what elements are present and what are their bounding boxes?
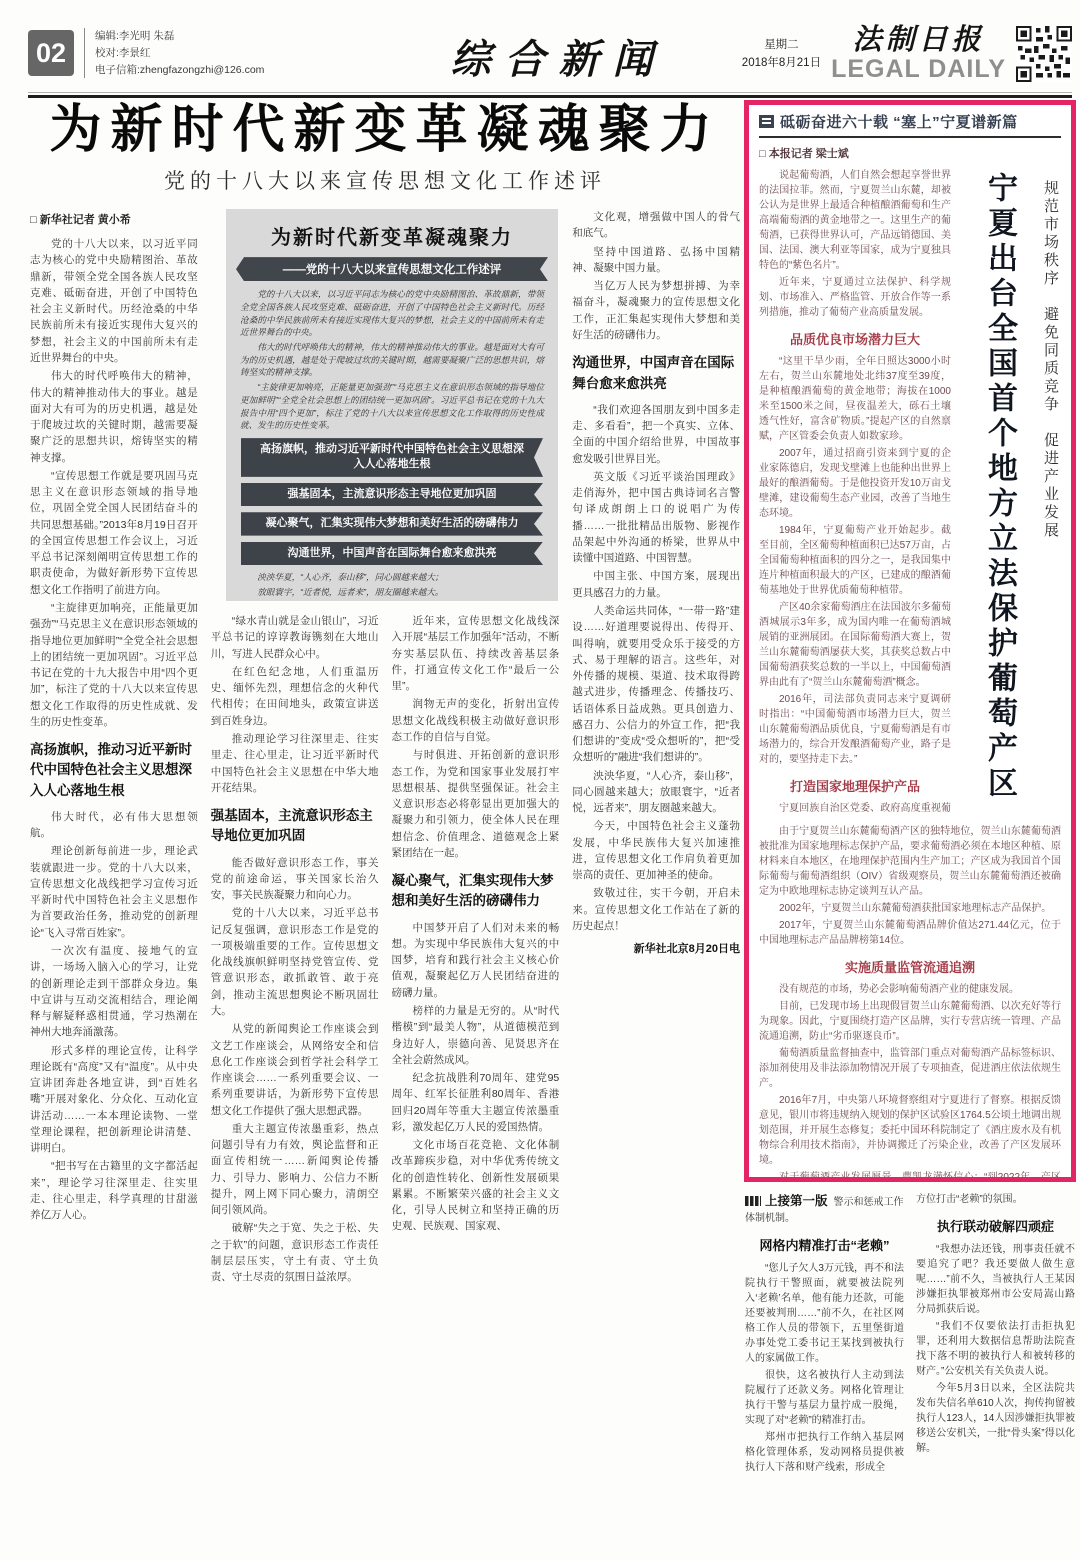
paragraph: 伟大的时代呼唤伟大的精神，伟大的精神推动伟大的事业。越是面对大有可为的历史机遇，…	[30, 368, 198, 466]
paragraph: 一次次有温度、接地气的宣讲，一场场入脑入心的学习，让党的创新理论走到干部群众身边…	[30, 943, 198, 1041]
paper-name-en: LEGAL DAILY	[831, 57, 1006, 82]
feature-article: 砥砺奋进六十载 “塞上”宁夏谱新篇 □ 本报记者 梁士斌 说起葡萄酒，人们自然会…	[744, 100, 1076, 1182]
feature-body: 说起葡萄酒，人们自然会想起享誉世界的法国拉菲。然而，宁夏贺兰山东麓，却被公认为是…	[759, 168, 1061, 816]
paragraph: 葡萄酒质量监督抽查中，监管部门重点对葡萄酒产品标签标识、添加剂使用及非法添加物情…	[759, 1046, 1061, 1091]
summary-closing-paragraphs: 泱泱华夏，“人心齐，泰山移”，同心圆越来越大；放眼寰宇，“近者悦，远者来”，朋友…	[240, 571, 544, 601]
paragraph: “主旋律更加响亮，正能量更加强劲”“马克思主义在意识形态领域的指导地位更加鲜明”…	[30, 600, 198, 730]
feature-wide-zone: 由于宁夏贺兰山东麓葡萄酒产区的独特地位，贺兰山东麓葡萄酒被批准为国家地理标志保护…	[759, 824, 1061, 1182]
column-paragraphs: “我们欢迎各国朋友到中国多走走、多看看”，把一个真实、立体、全面的中国介绍给世界…	[572, 402, 740, 935]
summary-banner-4: 沟通世界，中国声音在国际舞台愈来愈洪亮	[241, 542, 543, 565]
section-title: 综合新闻	[451, 28, 667, 85]
paragraph: 推动理论学习往深里走、往实里走、往心里走，让习近平新时代中国特色社会主义思想在中…	[211, 731, 379, 796]
paragraph: 今天，中国特色社会主义蓬勃发展，中华民族伟大复兴加速推进，宣传思想文化工作肩负着…	[572, 818, 740, 883]
paragraph: 2016年7月，中央第八环境督察组对宁夏进行了督察。根据反馈意见，银川市将违规纳…	[759, 1093, 1061, 1168]
masthead-rule-thin	[28, 92, 1072, 93]
paragraph: 润物无声的变化，折射出宣传思想文化战线积极主动做好意识形态工作的自信与自觉。	[392, 696, 560, 745]
continued-subhead-1: 网格内精准打击“老赖”	[745, 1235, 904, 1254]
paragraph: 由于宁夏贺兰山东麓葡萄酒产区的独特地位，贺兰山东麓葡萄酒被批准为国家地理标志保护…	[759, 824, 1061, 899]
paragraph: 理论创新每前进一步，理论武装就跟进一步。党的十八大以来，宣传思想文化战线把学习宣…	[30, 843, 198, 941]
paragraph: 今天，中国特色社会主义蓬勃发展，中华民族伟大复兴加速推进，宣传思想文化工作肩负着…	[240, 600, 544, 601]
paragraph: 宁夏回族自治区党委、政府高度重视葡萄产业发展，把贺兰山东麓葡萄产业作为战略性支柱…	[759, 801, 951, 816]
paragraph: 纪念抗战胜利70周年、建党95周年、红军长征胜利80周年、香港回归20周年等重大…	[392, 1070, 560, 1135]
paragraph: 目前，已发现市场上出现假冒贺兰山东麓葡萄酒、以次充好等行为现象。因此，宁夏围绕打…	[759, 999, 1061, 1044]
main-article: 为新时代新变革凝魂聚力 党的十八大以来宣传思想文化工作述评 □ 新华社记者 黄小…	[30, 102, 740, 1557]
masthead: 02 编辑:李光明 朱磊 校对:李景红 电子信箱:zhengfazongzhi@…	[28, 24, 1072, 88]
paragraph: “把书写在古籍里的文字都活起来”，理论学习往深里走、往实里走、往心里走，科学真理…	[30, 1158, 198, 1223]
qr-code-icon	[1016, 26, 1072, 82]
paragraph: “绿水青山就是金山银山”，习近平总书记的谆谆教诲镌刻在大地山川，写进人民群众心中…	[211, 613, 379, 662]
article-column-4: 文化观，增强做中国人的骨气和底气。坚持中国道路、弘扬中国精神、凝聚中国力量。当亿…	[572, 209, 740, 1557]
series-title: 砥砺奋进六十载 “塞上”宁夏谱新篇	[780, 111, 1018, 132]
series-banner: 砥砺奋进六十载 “塞上”宁夏谱新篇	[759, 111, 1061, 138]
feature-section-2-tail: 由于宁夏贺兰山东麓葡萄酒产区的独特地位，贺兰山东麓葡萄酒被批准为国家地理标志保护…	[759, 824, 1061, 948]
feature-intro: 说起葡萄酒，人们自然会想起享誉世界的法国拉菲。然而，宁夏贺兰山东麓，却被公认为是…	[759, 168, 951, 320]
paragraph: 1984年，宁夏葡萄产业开始起步。截至目前，全区葡萄种植面积已达57万亩，占全国…	[759, 523, 951, 598]
paragraph: 能否做好意识形态工作，事关党的前途命运，事关国家长治久安，事关民族凝聚力和向心力…	[211, 855, 379, 904]
paragraph: 伟大的时代呼唤伟大的精神，伟大的精神推动伟大的事业。越是面对大有可为的历史机遇，…	[240, 341, 544, 379]
masthead-left: 02 编辑:李光明 朱磊 校对:李景红 电子信箱:zhengfazongzhi@…	[28, 28, 264, 78]
paragraph: 文化观，增强做中国人的骨气和底气。	[572, 209, 740, 242]
paragraph: 近年来，宣传思想文化战线深入开展“基层工作加强年”活动，不断夯实基层队伍、持续改…	[392, 613, 560, 694]
paragraph: 泱泱华夏，“人心齐，泰山移”，同心圆越来越大；放眼寰宇，“近者悦，远者来”，朋友…	[572, 768, 740, 817]
continued-article: 上接第一版警示和惩戒工作体制机制。 网格内精准打击“老赖” “您儿子欠人3万元钱…	[745, 1192, 1075, 1554]
paragraph: “我想办法还钱，刑事责任就不要追究了吧？我还要做人做生意呢……”前不久，当被执行…	[916, 1242, 1075, 1317]
dateline: 新华社北京8月20日电	[572, 940, 740, 956]
paragraph: 放眼寰宇，“近者悦，远者来”，朋友圈越来越大。	[240, 586, 544, 599]
paragraph: 与时俱进、开拓创新的意识形态工作，为党和国家事业发展打牢思想根基、提供坚强保证。…	[392, 747, 560, 861]
paragraph: “我们不仅要依法打击拒执犯罪，还利用大数据信息帮助法院查找下落不明的被执行人和被…	[916, 1319, 1075, 1379]
column-paragraphs: 党的十八大以来，以习近平同志为核心的党中央励精图治、革故鼎新，带领全党全国各族人…	[30, 236, 198, 730]
feature-section-2: 宁夏回族自治区党委、政府高度重视葡萄产业发展，把贺兰山东麓葡萄产业作为战略性支柱…	[759, 801, 951, 816]
section-subhead: 强基固本，主流意识形态主导地位更加巩固	[211, 806, 379, 847]
paragraph: 郑州市把执行工作纳入基层网格化管理体系，发动网格员提供被执行人下落和财产线索，形…	[745, 1430, 904, 1475]
date: 2018年8月21日	[742, 54, 821, 72]
paragraph: 2002年，宁夏贺兰山东麓葡萄酒获批国家地理标志产品保护。	[759, 901, 1061, 916]
column-paragraphs: 中国梦开启了人们对未来的畅想。为实现中华民族伟大复兴的中国梦，培育和践行社会主义…	[392, 920, 560, 1235]
continued-marker-line: 上接第一版警示和惩戒工作体制机制。	[745, 1192, 904, 1226]
weekday: 星期二	[742, 36, 821, 54]
paragraph: 党的十八大以来，习近平总书记反复强调，意识形态工作是党的一项极端重要的工作。宣传…	[211, 905, 379, 1019]
column-paragraphs: 能否做好意识形态工作，事关党的前途命运，事关国家长治久安，事关民族凝聚力和向心力…	[211, 855, 379, 1286]
paragraph: 致敬过往，实干今朝，开启未来。宣传思想文化工作站在了新的历史起点！	[572, 885, 740, 934]
paragraph: “主旋律更加响亮，正能量更加强劲”“马克思主义在意识形态领域的指导地位更加鲜明”…	[240, 381, 544, 432]
summary-banner-3: 凝心聚气，汇集实现伟大梦想和美好生活的磅礴伟力	[241, 512, 543, 535]
summary-box-ribbon: ——党的十八大以来宣传思想文化工作述评	[236, 257, 548, 281]
paragraph: 榜样的力量是无穷的。从“时代楷模”到“最美人物”，从道德模范到身边好人，崇德向善…	[392, 1003, 560, 1068]
editor-line: 编辑:李光明 朱磊	[95, 28, 264, 45]
continued-paragraphs: “我想办法还钱，刑事责任就不要追究了吧？我还要做人做生意呢……”前不久，当被执行…	[916, 1242, 1075, 1456]
paragraph: “这里干旱少雨，全年日照达3000小时左右，贺兰山东麓地处北纬37度至39度，是…	[759, 354, 951, 444]
masthead-rule-thick	[28, 95, 1072, 98]
feature-subhead-1: 品质优良市场潜力巨大	[759, 329, 951, 348]
continued-icon	[745, 1196, 761, 1206]
paragraph: 在红色纪念地，人们重温历史、缅怀先烈，理想信念的火种代代相传；在田间地头，政策宣…	[211, 664, 379, 729]
paragraph: 党的十八大以来，以习近平同志为核心的党中央励精图治、革故鼎新，带领全党全国各族人…	[30, 236, 198, 366]
paragraph: 党的十八大以来，以习近平同志为核心的党中央励精图治、革故鼎新，带领全党全国各族人…	[240, 288, 544, 339]
paragraph: 人类命运共同体，“一带一路”建设……好道理要说得出、传得开、叫得响，就要用受众乐…	[572, 603, 740, 766]
page-number: 02	[28, 30, 74, 76]
paragraph: 中国主张、中国方案，展现出更具感召力的力量。	[572, 568, 740, 601]
series-icon	[759, 115, 774, 128]
newspaper-page: 02 编辑:李光明 朱磊 校对:李景红 电子信箱:zhengfazongzhi@…	[0, 0, 1080, 1560]
column-paragraphs: 文化观，增强做中国人的骨气和底气。坚持中国道路、弘扬中国精神、凝聚中国力量。当亿…	[572, 209, 740, 343]
column-paragraphs: “绿水青山就是金山银山”，习近平总书记的谆谆教诲镌刻在大地山川，写进人民群众心中…	[211, 613, 379, 796]
summary-banner-2: 强基固本，主流意识形态主导地位更加巩固	[241, 483, 543, 506]
paragraph: 破解“失之于宽、失之于松、失之于软”的问题，意识形态工作责任制层层压实，守土有责…	[211, 1220, 379, 1285]
paper-name-cn: 法制日报	[831, 26, 1006, 55]
masthead-divider	[84, 28, 85, 78]
main-subtitle: 党的十八大以来宣传思想文化工作述评	[30, 165, 740, 195]
summary-box: 为新时代新变革凝魂聚力 ——党的十八大以来宣传思想文化工作述评 党的十八大以来，…	[226, 209, 558, 601]
continued-marker: 上接第一版	[765, 1194, 828, 1208]
paragraph: 重大主题宣传浓墨重彩，热点问题引导有力有效，舆论监督和正面宣传相统一……新闻舆论…	[211, 1121, 379, 1219]
paragraph: 伟大时代，必有伟大思想领航。	[30, 809, 198, 842]
paragraph: 很快，这名被执行人主动到法院履行了还款义务。网格化管理让执行干警与基层力量拧成一…	[745, 1368, 904, 1428]
paragraph: 没有规范的市场，势必会影响葡萄酒产业的健康发展。	[759, 982, 1061, 997]
feature-subhead-2: 打造国家地理保护产品	[759, 776, 951, 795]
proofread-line: 校对:李景红	[95, 45, 264, 62]
feature-subhead-3: 实施质量监管流通追溯	[759, 957, 1061, 976]
paragraph: 近年来，宁夏通过立法保护、科学规划、市场准入、严格监管、开放合作等一系列措施，推…	[759, 275, 951, 320]
paragraph: 今年5月3日以来，全区法院共发布失信名单610人次，拘传拘留被执行人123人，1…	[916, 1381, 1075, 1456]
paragraph: “我们欢迎各国朋友到中国多走走、多看看”，把一个真实、立体、全面的中国介绍给世界…	[572, 402, 740, 467]
byline: □ 新华社记者 黄小希	[30, 211, 198, 227]
paragraph: 中国梦开启了人们对未来的畅想。为实现中华民族伟大复兴的中国梦，培育和践行社会主义…	[392, 920, 560, 1001]
paragraph: 当亿万人民为梦想拼搏、为幸福奋斗，凝魂聚力的宣传思想文化工作，正汇集起实现伟大梦…	[572, 278, 740, 343]
email-line: 电子信箱:zhengfazongzhi@126.com	[95, 62, 264, 79]
masthead-right: 星期二 2018年8月21日 法制日报 LEGAL DAILY	[742, 26, 1072, 82]
continued-subhead-2: 执行联动破解四顽症	[916, 1216, 1075, 1235]
section-subhead: 高扬旗帜，推动习近平新时代中国特色社会主义思想深入人心落地生根	[30, 740, 198, 801]
feature-byline: □ 本报记者 梁士斌	[759, 145, 1061, 161]
continued-column-1: 上接第一版警示和惩戒工作体制机制。 网格内精准打击“老赖” “您儿子欠人3万元钱…	[745, 1192, 904, 1554]
paragraph: 从党的新闻舆论工作座谈会到文艺工作座谈会，从网络安全和信息化工作座谈会到哲学社会…	[211, 1021, 379, 1119]
feature-vertical-headline: 宁夏出台全国首个地方立法保护葡萄产区	[981, 172, 1017, 816]
paragraph: 2017年，宁夏贺兰山东麓葡萄酒品牌价值达271.44亿元，位于中国地理标志产品…	[759, 918, 1061, 948]
summary-box-paragraphs: 党的十八大以来，以习近平同志为核心的党中央励精图治、革故鼎新，带领全党全国各族人…	[240, 288, 544, 432]
paragraph: 产区40余家葡萄酒庄在法国波尔多葡萄酒城展示3年多，成为国内唯一在葡萄酒城展销的…	[759, 600, 951, 690]
continued-column-2: 方位打击“老赖”的氛围。 执行联动破解四顽症 “我想办法还钱，刑事责任就不要追究…	[916, 1192, 1075, 1554]
paragraph: 说起葡萄酒，人们自然会想起享誉世界的法国拉菲。然而，宁夏贺兰山东麓，却被公认为是…	[759, 168, 951, 273]
summary-box-title: 为新时代新变革凝魂聚力	[240, 221, 544, 250]
column-paragraphs: 伟大时代，必有伟大思想领航。理论创新每前进一步，理论武装就跟进一步。党的十八大以…	[30, 809, 198, 1224]
section-subhead: 凝心聚气，汇集实现伟大梦想和美好生活的磅礴伟力	[392, 871, 560, 912]
continued-paragraphs: “您儿子欠人3万元钱，再不和法院执行干警照面，就要被法院列入‘老赖’名单，他有能…	[745, 1261, 904, 1475]
column-paragraphs: 近年来，宣传思想文化战线深入开展“基层工作加强年”活动，不断夯实基层队伍、持续改…	[392, 613, 560, 861]
main-headline: 为新时代新变革凝魂聚力	[30, 102, 740, 158]
paragraph: “宣传思想工作就是要巩固马克思主义在意识形态领域的指导地位，巩固全党全国人民团结…	[30, 468, 198, 598]
feature-vertical-standfirst: 规范市场秩序 避免同质竞争 促进产业发展	[1040, 180, 1059, 800]
continued-lead-fragment: 方位打击“老赖”的氛围。	[916, 1192, 1075, 1207]
feature-section-3: 没有规范的市场，势必会影响葡萄酒产业的健康发展。目前，已发现市场上出现假冒贺兰山…	[759, 982, 1061, 1182]
paragraph: 文化市场百花竞艳、文化体制改革蹄疾步稳，对中华优秀传统文化的创造性转化、创新性发…	[392, 1137, 560, 1235]
date-block: 星期二 2018年8月21日	[742, 36, 821, 73]
paper-logo: 法制日报 LEGAL DAILY	[831, 26, 1006, 82]
paragraph: 泱泱华夏，“人心齐，泰山移”，同心圆越来越大；	[240, 571, 544, 584]
article-column-1: □ 新华社记者 黄小希 党的十八大以来，以习近平同志为核心的党中央励精图治、革故…	[30, 209, 198, 1557]
summary-banner-1: 高扬旗帜，推动习近平新时代中国特色社会主义思想深入人心落地生根	[241, 438, 543, 477]
editorial-info: 编辑:李光明 朱磊 校对:李景红 电子信箱:zhengfazongzhi@126…	[95, 28, 264, 78]
feature-text-column: 说起葡萄酒，人们自然会想起享誉世界的法国拉菲。然而，宁夏贺兰山东麓，却被公认为是…	[759, 168, 951, 816]
paragraph: 对于葡萄酒产业发展愿景，曹凯龙满怀信心：“到2022年，产区年产葡萄酒5亿瓶以上…	[759, 1170, 1061, 1182]
feature-section-1: “这里干旱少雨，全年日照达3000小时左右，贺兰山东麓地处北纬37度至39度，是…	[759, 354, 951, 767]
section-subhead: 沟通世界，中国声音在国际舞台愈来愈洪亮	[572, 353, 740, 394]
paragraph: 2007年，通过招商引资来到宁夏的企业家陈德启，发现戈壁滩上也能种出世界上最好的…	[759, 446, 951, 521]
article-columns: □ 新华社记者 黄小希 党的十八大以来，以习近平同志为核心的党中央励精图治、革故…	[30, 209, 740, 1557]
paragraph: 形式多样的理论宣传，让科学理论既有“高度”又有“温度”。从中央宣讲团奔赴各地宣讲…	[30, 1043, 198, 1157]
paragraph: 坚持中国道路、弘扬中国精神、凝聚中国力量。	[572, 244, 740, 277]
paragraph: 2016年，司法部负责同志来宁夏调研时指出：“中国葡萄酒市场潜力巨大，贺兰山东麓…	[759, 692, 951, 767]
paragraph: “您儿子欠人3万元钱，再不和法院执行干警照面，就要被法院列入‘老赖’名单，他有能…	[745, 1261, 904, 1366]
paragraph: 英文版《习近平谈治国理政》走俏海外，把中国古典诗词名言警句译成朗朗上口的说唱广为…	[572, 469, 740, 567]
